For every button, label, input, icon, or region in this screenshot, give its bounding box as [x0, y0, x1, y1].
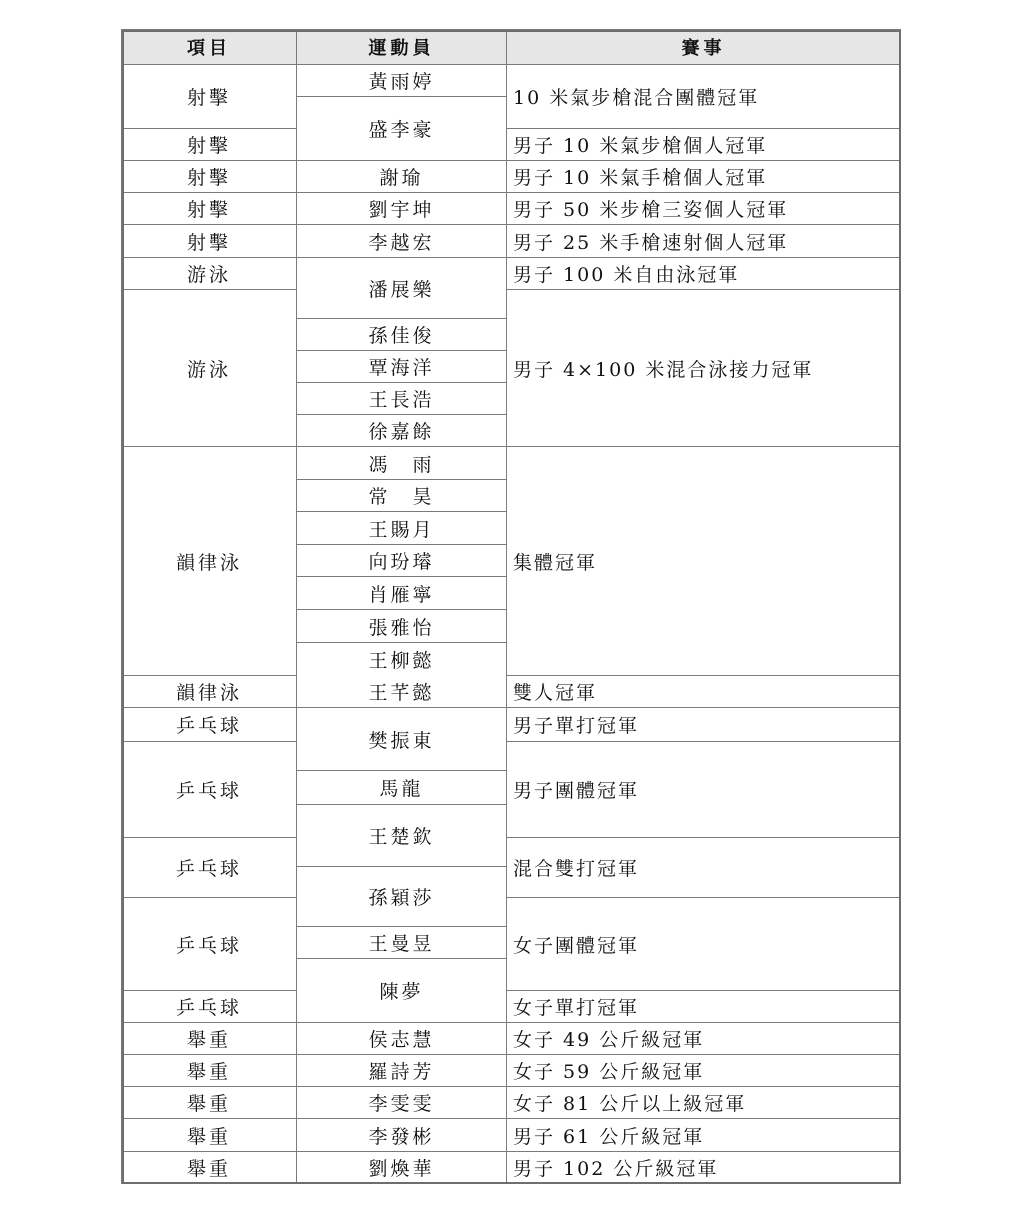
event-cell: 男子 10 米氣手槍個人冠軍: [506, 160, 901, 193]
event-cell: 10 米氣步槍混合團體冠軍: [506, 64, 901, 129]
sport-cell: 韻律泳: [121, 675, 297, 708]
event-cell: 雙人冠軍: [506, 675, 901, 708]
event-cell: 男子 4×100 米混合泳接力冠軍: [506, 289, 901, 447]
sport-cell: 射擊: [121, 160, 297, 193]
event-cell: 女子團體冠軍: [506, 897, 901, 991]
athlete-cell: 潘展樂: [296, 257, 507, 319]
athlete-cell: 王長浩: [296, 382, 507, 415]
athlete-cell: 王賜月: [296, 511, 507, 545]
sport-cell: 舉重: [121, 1118, 297, 1152]
sport-cell: 韻律泳: [121, 446, 297, 676]
event-cell: 男子 102 公斤級冠軍: [506, 1151, 901, 1184]
sport-cell: 射擊: [121, 224, 297, 258]
event-cell: 女子 59 公斤級冠軍: [506, 1054, 901, 1087]
sport-cell: 乒乓球: [121, 990, 297, 1023]
sport-cell: 游泳: [121, 289, 297, 447]
event-cell: 男子團體冠軍: [506, 741, 901, 838]
athlete-cell: 王曼昱: [296, 926, 507, 959]
athlete-cell: 李發彬: [296, 1118, 507, 1152]
champions-table: 項目 運動員 賽事 射擊 射擊 射擊 射擊 射擊 游泳 游泳 韻律泳 韻律泳 乒…: [0, 0, 1023, 1217]
event-cell: 男子 25 米手槍速射個人冠軍: [506, 224, 901, 258]
event-cell: 男子 10 米氣步槍個人冠軍: [506, 128, 901, 161]
event-cell: 男子 61 公斤級冠軍: [506, 1118, 901, 1152]
athlete-cell: 向玢璿: [296, 544, 507, 577]
athlete-cell: 羅詩芳: [296, 1054, 507, 1087]
sport-cell: 射擊: [121, 192, 297, 225]
athlete-cell: 肖雁寧: [296, 576, 507, 610]
athlete-cell: 馮 雨: [296, 446, 507, 480]
column-header-athlete: 運動員: [296, 29, 507, 65]
athlete-cell: 覃海洋: [296, 350, 507, 383]
sport-cell: 舉重: [121, 1086, 297, 1119]
athlete-cell: 馬龍: [296, 770, 507, 805]
sport-cell: 乒乓球: [121, 837, 297, 898]
event-cell: 男子 50 米步槍三姿個人冠軍: [506, 192, 901, 225]
athlete-cell: 常 昊: [296, 479, 507, 512]
event-cell: 男子單打冠軍: [506, 707, 901, 742]
event-cell: 女子單打冠軍: [506, 990, 901, 1023]
athlete-name: 王芊懿: [297, 675, 506, 707]
sport-cell: 乒乓球: [121, 897, 297, 991]
athlete-cell: 徐嘉餘: [296, 414, 507, 447]
athlete-cell: 樊振東: [296, 707, 507, 771]
column-header-sport: 項目: [121, 29, 297, 65]
athlete-cell: 劉煥華: [296, 1151, 507, 1184]
sport-cell: 舉重: [121, 1022, 297, 1055]
sport-cell: 游泳: [121, 257, 297, 290]
athlete-cell: 李雯雯: [296, 1086, 507, 1119]
athlete-cell: 謝瑜: [296, 160, 507, 193]
sport-cell: 舉重: [121, 1151, 297, 1184]
sport-cell: 舉重: [121, 1054, 297, 1087]
event-cell: 男子 100 米自由泳冠軍: [506, 257, 901, 290]
athlete-cell: 盛李豪: [296, 96, 507, 161]
sport-cell: 乒乓球: [121, 741, 297, 838]
athlete-cell: 黃雨婷: [296, 64, 507, 97]
athlete-cell: 孫佳俊: [296, 318, 507, 351]
sport-cell: 射擊: [121, 128, 297, 161]
athlete-cell: 李越宏: [296, 224, 507, 258]
sport-cell: 射擊: [121, 64, 297, 129]
event-cell: 集體冠軍: [506, 446, 901, 676]
athlete-cell: 陳夢: [296, 958, 507, 1023]
event-cell: 女子 81 公斤以上級冠軍: [506, 1086, 901, 1119]
athlete-cell: 劉宇坤: [296, 192, 507, 225]
sport-cell: 乒乓球: [121, 707, 297, 742]
column-header-event: 賽事: [506, 29, 901, 65]
athlete-cell: 孫穎莎: [296, 866, 507, 927]
athlete-cell: 張雅怡: [296, 609, 507, 643]
event-cell: 混合雙打冠軍: [506, 837, 901, 898]
athlete-name: 王柳懿: [297, 643, 506, 675]
athlete-cell: 王楚欽: [296, 804, 507, 867]
athlete-cell: 侯志慧: [296, 1022, 507, 1055]
athlete-cell: 王柳懿 王芊懿: [296, 642, 507, 708]
event-cell: 女子 49 公斤級冠軍: [506, 1022, 901, 1055]
